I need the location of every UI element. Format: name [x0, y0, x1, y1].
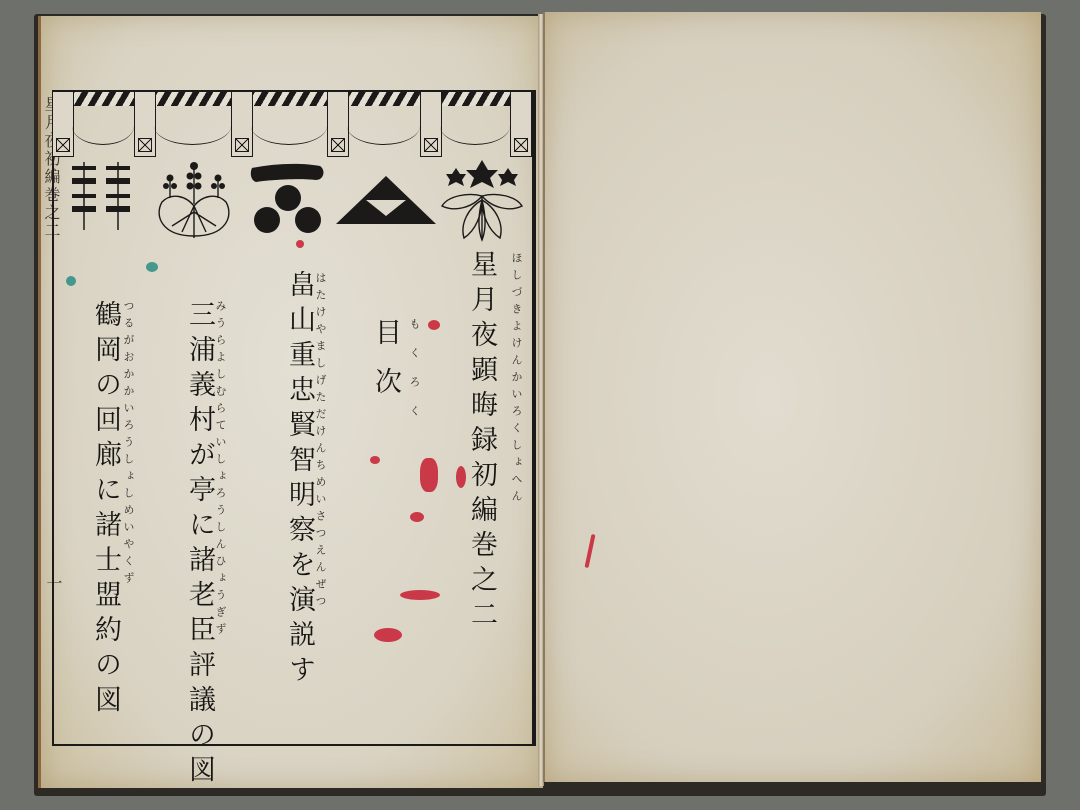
triangle-scale-crest-icon [334, 174, 438, 226]
book-title: 星月夜顕晦録初編巻之二 [462, 250, 501, 635]
tab-cross-icon [138, 138, 152, 152]
curtain-rope [54, 92, 532, 106]
tab-cross-icon [331, 138, 345, 152]
curtain-swag [440, 126, 510, 145]
tab-cross-icon [424, 138, 438, 152]
red-ink-stain [420, 458, 438, 492]
bamboo-gentian-crest-icon [438, 156, 526, 244]
curtain-tab [510, 92, 532, 157]
curtain-swag [72, 126, 134, 145]
red-ink-stain [374, 628, 402, 642]
teal-ink-stain [146, 262, 158, 272]
curtain-swag [154, 126, 231, 145]
toc-entry-ruby: つるがおかかいろうしょしめいやくず [120, 300, 136, 589]
right-page [543, 12, 1041, 782]
toc-entry-ruby: みうらよしむらていしょろうしんひょうぎず [212, 300, 228, 640]
curtain-tab [231, 92, 253, 157]
curtain-swag [347, 126, 420, 145]
tab-cross-icon [235, 138, 249, 152]
red-ink-stain [428, 320, 440, 330]
teal-ink-stain [66, 276, 76, 286]
curtain-tab [134, 92, 156, 157]
curtain-swag [251, 126, 327, 145]
red-ink-stain [456, 466, 466, 488]
red-ink-stain [410, 512, 424, 522]
curtain-tab [52, 92, 74, 157]
tab-cross-icon [514, 138, 528, 152]
toc-entry-ruby: はたけやましげただけんちめいさつえんぜつ [312, 272, 328, 612]
red-ink-stain [370, 456, 380, 464]
tab-cross-icon [56, 138, 70, 152]
contents-heading: 目次 [366, 318, 405, 416]
crossed-feathers-crest-icon [68, 158, 134, 234]
curtain-tab [327, 92, 349, 157]
paulownia-crest-icon [152, 156, 236, 242]
curtain-tab [420, 92, 442, 157]
red-ink-stain [400, 590, 440, 600]
red-ink-stain [296, 240, 304, 248]
one-and-three-stars-crest-icon [250, 162, 326, 236]
book-title-ruby: ほしづきよけんかいろくしょへん [508, 252, 524, 507]
contents-heading-ruby: もくろく [406, 318, 422, 434]
